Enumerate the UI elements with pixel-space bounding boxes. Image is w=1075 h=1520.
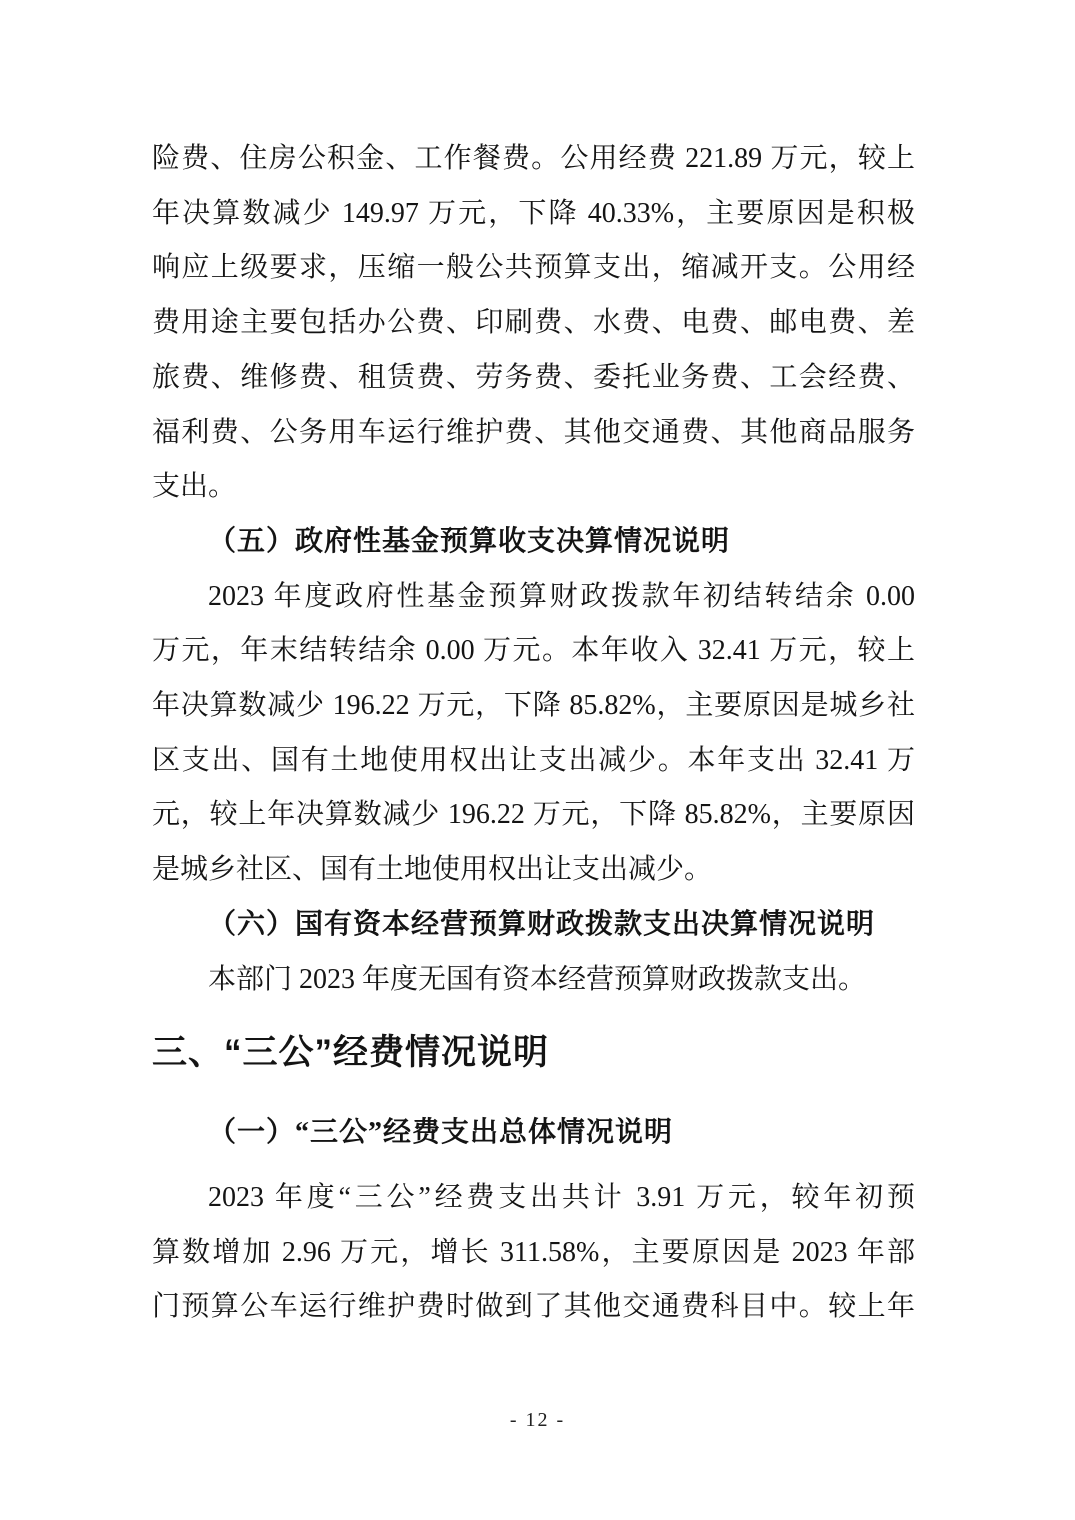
paragraph-line: 费用途主要包括办公费、印刷费、水费、电费、邮电费、差 xyxy=(152,296,915,351)
subsection-heading: （六）国有资本经营预算财政拨款支出决算情况说明 xyxy=(152,898,915,953)
paragraph-line: 区支出、国有土地使用权出让支出减少。本年支出 32.41 万 xyxy=(152,734,915,789)
paragraph-line: 万元，年末结转结余 0.00 万元。本年收入 32.41 万元，较上 xyxy=(152,624,915,679)
paragraph-line: 险费、住房公积金、工作餐费。公用经费 221.89 万元，较上 xyxy=(152,132,915,187)
paragraph-line: 福利费、公务用车运行维护费、其他交通费、其他商品服务 xyxy=(152,406,915,461)
paragraph-line: 元，较上年决算数减少 196.22 万元，下降 85.82%，主要原因 xyxy=(152,788,915,843)
subsection-heading: （一）“三公”经费支出总体情况说明 xyxy=(152,1106,915,1161)
paragraph-line: 2023 年度政府性基金预算财政拨款年初结转结余 0.00 xyxy=(152,570,915,625)
paragraph-line: 算数增加 2.96 万元，增长 311.58%，主要原因是 2023 年部 xyxy=(152,1226,915,1281)
paragraph-line: 本部门 2023 年度无国有资本经营预算财政拨款支出。 xyxy=(152,953,915,1008)
paragraph-line: 响应上级要求，压缩一般公共预算支出，缩减开支。公用经 xyxy=(152,241,915,296)
paragraph-line: 是城乡社区、国有土地使用权出让支出减少。 xyxy=(152,843,915,898)
subsection-heading: （五）政府性基金预算收支决算情况说明 xyxy=(152,515,915,570)
paragraph-line: 年决算数减少 196.22 万元，下降 85.82%，主要原因是城乡社 xyxy=(152,679,915,734)
document-body: 险费、住房公积金、工作餐费。公用经费 221.89 万元，较上年决算数减少 14… xyxy=(152,132,915,1335)
document-page: 险费、住房公积金、工作餐费。公用经费 221.89 万元，较上年决算数减少 14… xyxy=(0,0,1075,1520)
paragraph-line: 年决算数减少 149.97 万元，下降 40.33%，主要原因是积极 xyxy=(152,187,915,242)
page-number: - 12 - xyxy=(0,1408,1075,1432)
paragraph-line: 支出。 xyxy=(152,460,915,515)
paragraph-line: 门预算公车运行维护费时做到了其他交通费科目中。较上年 xyxy=(152,1280,915,1335)
paragraph-line: 旅费、维修费、租赁费、劳务费、委托业务费、工会经费、 xyxy=(152,351,915,406)
section-heading: 三、“三公”经费情况说明 xyxy=(152,1025,915,1081)
paragraph-line: 2023 年度“三公”经费支出共计 3.91 万元，较年初预 xyxy=(152,1171,915,1226)
